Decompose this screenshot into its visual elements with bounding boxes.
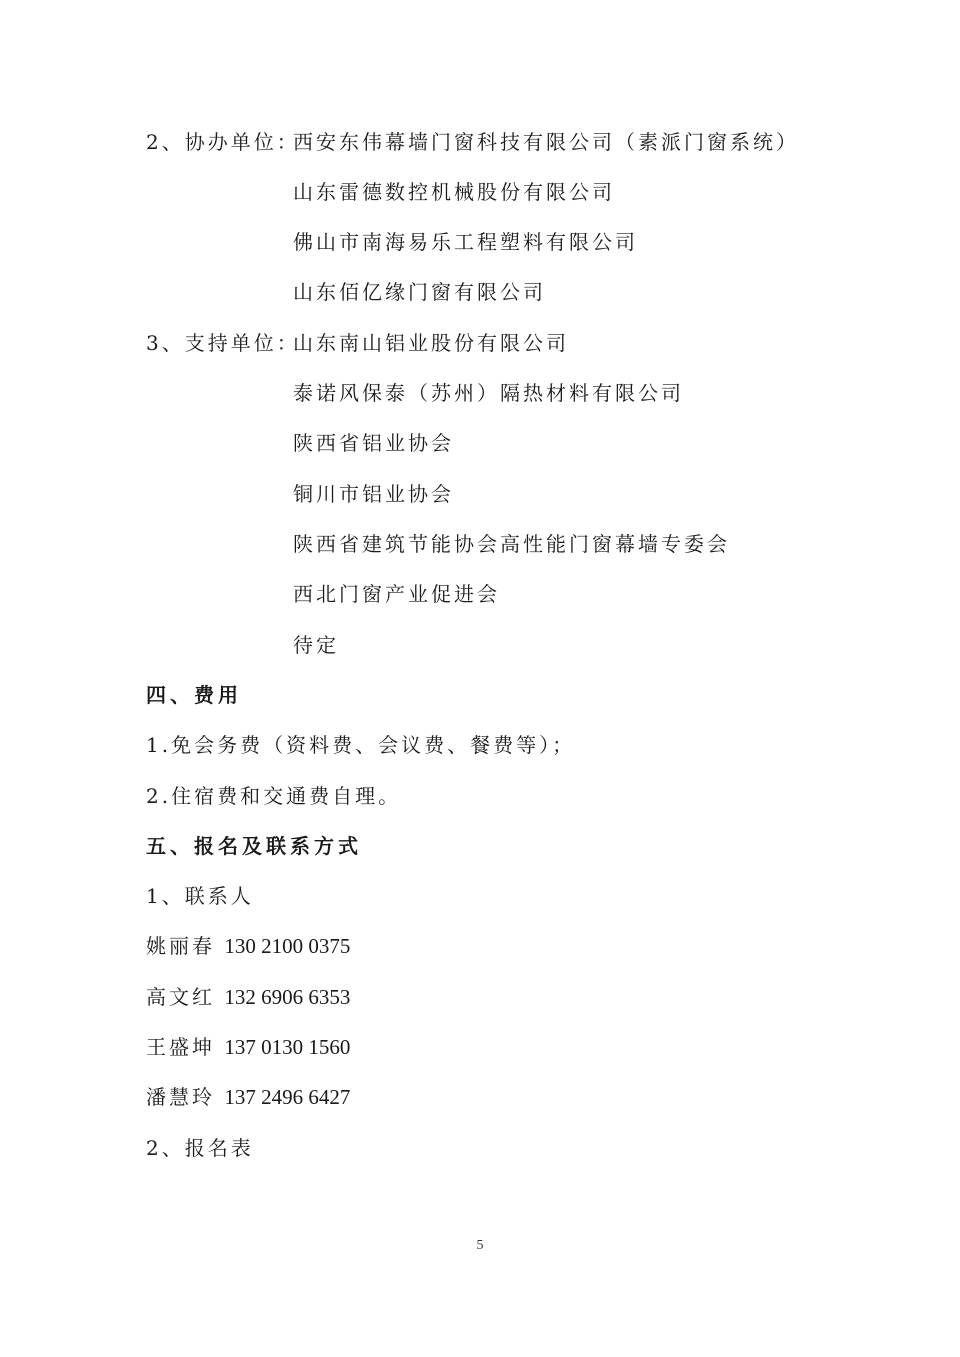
contact-name: 高文红 [146, 985, 215, 1009]
supporter-item: 西北门窗产业促进会 [293, 580, 500, 608]
supporter-item: 陕西省建筑节能协会高性能门窗幕墙专委会 [293, 530, 730, 558]
supporter-item: 铜川市铝业协会 [293, 480, 454, 508]
contact-row: 王盛坤 137 0130 1560 [146, 1033, 350, 1061]
co-organizer-item: 佛山市南海易乐工程塑料有限公司 [293, 228, 638, 256]
contact-phone: 137 0130 1560 [224, 1035, 350, 1059]
supporters-label: 3、支持单位： [146, 329, 300, 357]
co-organizers-label: 2、协办单位： [146, 128, 300, 156]
fees-heading: 四、费用 [146, 681, 242, 709]
contact-name: 王盛坤 [146, 1035, 215, 1059]
supporter-item: 山东南山铝业股份有限公司 [293, 329, 569, 357]
supporter-item: 陕西省铝业协会 [293, 429, 454, 457]
contact-name: 潘慧玲 [146, 1085, 215, 1109]
supporter-item: 泰诺风保泰（苏州）隔热材料有限公司 [293, 379, 684, 407]
contact-row: 高文红 132 6906 6353 [146, 983, 350, 1011]
contact-phone: 130 2100 0375 [224, 934, 350, 958]
registration-heading: 五、报名及联系方式 [146, 832, 362, 860]
contact-phone: 137 2496 6427 [224, 1085, 350, 1109]
contact-phone: 132 6906 6353 [224, 985, 350, 1009]
supporter-item: 待定 [293, 631, 339, 659]
contacts-label: 1、联系人 [146, 882, 254, 910]
registration-form-label: 2、报名表 [146, 1134, 254, 1162]
co-organizer-item: 西安东伟幕墙门窗科技有限公司（素派门窗系统） [293, 128, 799, 156]
fee-item: 2.住宿费和交通费自理。 [146, 782, 401, 810]
co-organizer-item: 山东佰亿缘门窗有限公司 [293, 278, 546, 306]
page-number: 5 [0, 1238, 960, 1254]
co-organizer-item: 山东雷德数控机械股份有限公司 [293, 178, 615, 206]
fee-item: 1.免会务费（资料费、会议费、餐费等）； [146, 731, 575, 759]
contact-name: 姚丽春 [146, 934, 215, 958]
contact-row: 潘慧玲 137 2496 6427 [146, 1083, 350, 1111]
contact-row: 姚丽春 130 2100 0375 [146, 932, 350, 960]
